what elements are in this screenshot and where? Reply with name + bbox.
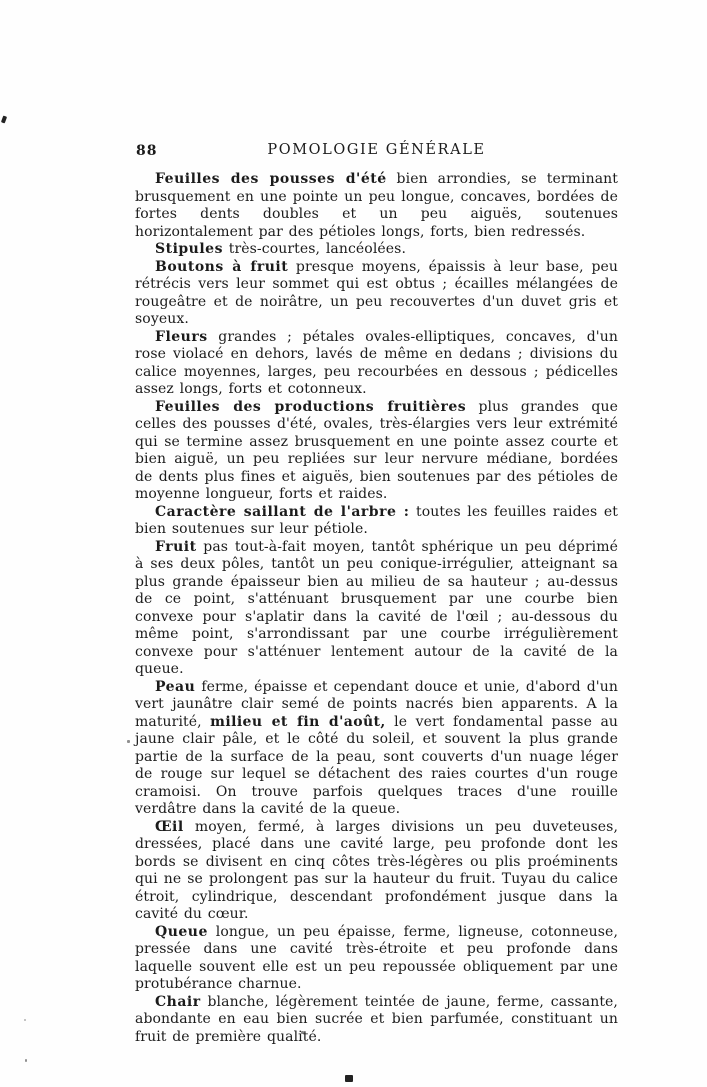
text-run: moyen, fermé, à larges divisions un peu … [135,819,618,923]
paragraph-lead: Chair [155,994,201,1010]
paragraph-lead: Queue [155,924,208,940]
page-header: 88 POMOLOGIE GÉNÉRALE [135,140,618,161]
paragraph: Fruit pas tout-à-fait moyen, tantôt sphé… [135,539,618,679]
paragraph: Feuilles des productions fruitières plus… [135,399,618,504]
paragraph: Queue longue, un peu épaisse, ferme, lig… [135,924,618,994]
ink-speck [25,1059,27,1062]
paragraph: Stipules très-courtes, lancéolées. [135,241,618,259]
scanned-book-page: 88 POMOLOGIE GÉNÉRALE Feuilles des pouss… [0,0,707,1087]
paragraph: Chair blanche, légèrement teintée de jau… [135,994,618,1047]
ink-speck [127,740,130,743]
paragraph-lead: Peau [155,679,195,695]
paragraph-lead: Caractère saillant de l'arbre : [155,504,409,520]
paragraph-lead: Feuilles des productions fruitières [155,399,466,415]
paragraph: Peau ferme, épaisse et cependant douce e… [135,679,618,819]
body-text: Feuilles des pousses d'été bien arrondie… [135,171,618,1046]
page-number: 88 [136,143,157,159]
ink-speck [345,1075,353,1082]
paragraph-lead: Fruit [155,539,197,555]
ink-speck [24,1019,26,1021]
bold-run: milieu et fin d'août, [210,714,386,730]
text-run: très-courtes, lancéolées. [223,241,406,257]
text-run: pas tout-à-fait moyen, tantôt sphérique … [135,539,618,678]
ink-speck [301,1031,304,1034]
ink-speck [1,116,7,124]
text-run: longue, un peu épaisse, ferme, ligneuse,… [135,924,618,993]
paragraph-lead: Feuilles des pousses d'été [155,171,387,187]
text-run: grandes ; pétales ovales-elliptiques, co… [135,329,618,398]
paragraph: Boutons à fruit presque moyens, épaissis… [135,259,618,329]
paragraph-lead: Stipules [155,241,223,257]
paragraph: Fleurs grandes ; pétales ovales-elliptiq… [135,329,618,399]
paragraph: Œil moyen, fermé, à larges divisions un … [135,819,618,924]
paragraph: Feuilles des pousses d'été bien arrondie… [135,171,618,241]
paragraph-lead: Boutons à fruit [155,259,288,275]
paragraph-lead: Œil [155,819,184,835]
paragraph: Caractère saillant de l'arbre : toutes l… [135,504,618,539]
paragraph-lead: Fleurs [155,329,208,345]
text-block: 88 POMOLOGIE GÉNÉRALE Feuilles des pouss… [135,140,618,1046]
running-title: POMOLOGIE GÉNÉRALE [135,140,618,158]
text-run: blanche, légèrement teintée de jaune, fe… [135,994,618,1045]
